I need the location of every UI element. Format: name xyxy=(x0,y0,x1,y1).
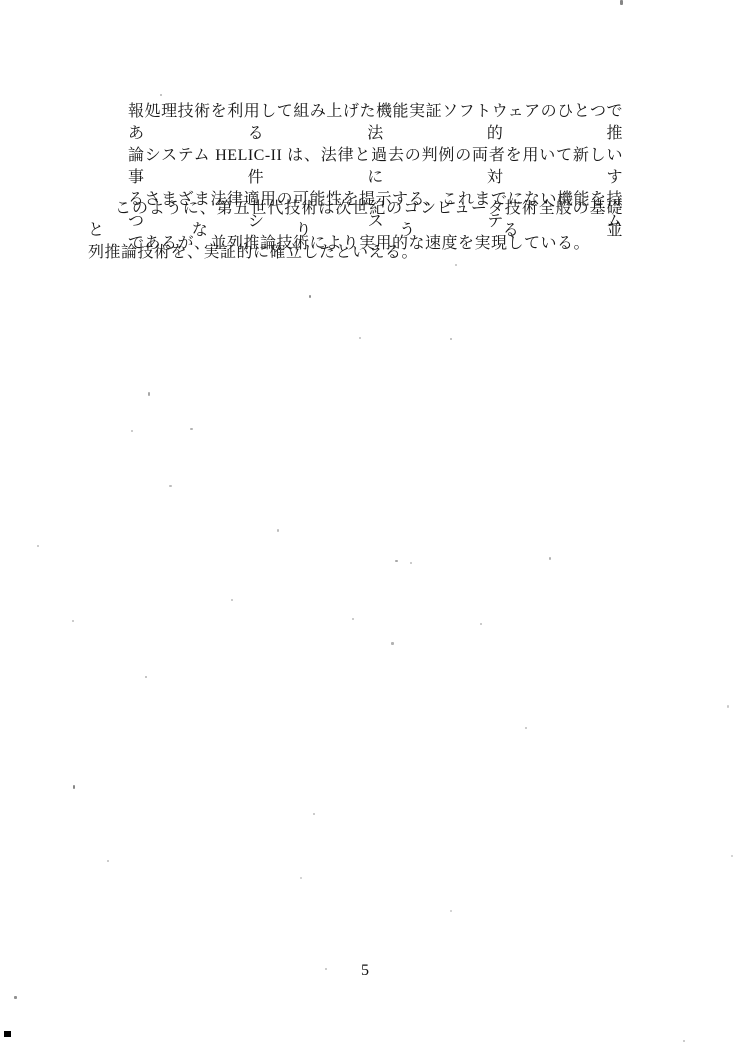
scan-speck xyxy=(450,910,452,912)
scan-speck xyxy=(395,560,398,562)
scan-speck xyxy=(525,727,527,729)
scan-speck xyxy=(455,264,457,266)
scan-speck xyxy=(107,860,109,862)
paragraph-line: 列推論技術を、実証的に確立したといえる。 xyxy=(88,242,623,264)
paragraph-line: 報処理技術を利用して組み上げた機能実証ソフトウェアのひとつである法的推 xyxy=(128,101,623,145)
scan-speck xyxy=(300,877,302,879)
paragraph-conclusion: このように、第五世代技術は次世紀のコンピュータ技術全般の基礎となりうる並 列推論… xyxy=(88,198,623,264)
scan-speck xyxy=(37,545,39,547)
scan-speck xyxy=(352,618,354,620)
scan-speck xyxy=(683,1040,685,1042)
scan-speck xyxy=(325,968,327,970)
scan-speck xyxy=(190,428,193,430)
scan-speck xyxy=(169,485,172,487)
scan-speck xyxy=(450,338,452,340)
scan-speck xyxy=(359,337,361,339)
scan-speck xyxy=(620,0,623,5)
scan-speck xyxy=(410,562,412,564)
scanned-document-page: 報処理技術を利用して組み上げた機能実証ソフトウェアのひとつである法的推 論システ… xyxy=(0,0,750,1054)
scan-speck xyxy=(160,94,162,96)
scan-speck xyxy=(131,430,133,432)
scan-speck xyxy=(231,599,233,601)
scan-speck xyxy=(549,557,551,560)
scan-speck xyxy=(145,676,147,678)
scan-speck xyxy=(72,620,74,622)
scan-speck xyxy=(313,813,315,815)
scan-speck xyxy=(391,642,394,645)
page-number: 5 xyxy=(340,962,390,980)
paragraph-line: 論システム HELIC-II は、法律と過去の判例の両者を用いて新しい事件に対す xyxy=(128,145,623,189)
scan-speck xyxy=(148,392,150,396)
scan-speck xyxy=(731,855,733,857)
scan-corner-blob xyxy=(4,1031,11,1037)
scan-speck xyxy=(309,295,311,298)
scan-speck xyxy=(480,623,482,625)
paragraph-line: このように、第五世代技術は次世紀のコンピュータ技術全般の基礎となりうる並 xyxy=(88,198,623,242)
scan-speck xyxy=(14,996,17,999)
scan-speck xyxy=(277,529,279,532)
scan-speck xyxy=(727,705,729,708)
scan-speck xyxy=(73,785,75,789)
